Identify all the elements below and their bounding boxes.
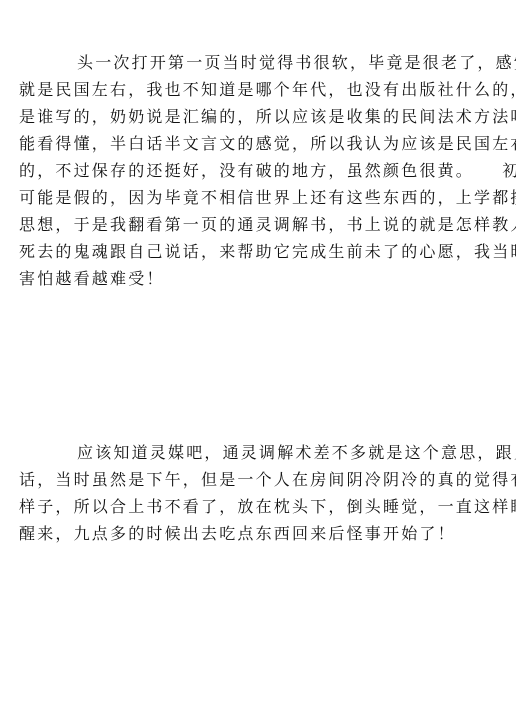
text-line: 可能是假的，因为毕竟不相信世界上还有这些东西的，上学都接收的科学 [19, 184, 485, 211]
paragraph-1: 头一次打开第一页当时觉得书很软，毕竟是很老了，感觉应该也 就是民国左右，我也不知… [19, 49, 485, 292]
text-line: 死去的鬼魂跟自己说话，来帮助它完成生前未了的心愿，我当时是越看越 [19, 238, 485, 265]
text-line: 就是民国左右，我也不知道是哪个年代，也没有出版社什么的，也没注明 [19, 76, 485, 103]
text-line: 思想，于是我翻看第一页的通灵调解书，书上说的就是怎样教人通灵，让 [19, 211, 485, 238]
text-line: 样子，所以合上书不看了，放在枕头下，倒头睡觉，一直这样睡到晚上才 [19, 493, 485, 520]
text-line: 的，不过保存的还挺好，没有破的地方，虽然颜色很黄。 初拿书觉得 [19, 157, 485, 184]
text-line: 醒来，九点多的时候出去吃点东西回来后怪事开始了！ [19, 520, 485, 547]
text-line: 是谁写的，奶奶说是汇编的，所以应该是收集的民间法术方法吧，反正也 [19, 103, 485, 130]
paragraph-2: 应该知道灵媒吧，通灵调解术差不多就是这个意思，跟鬼魂说 话，当时虽然是下午，但是… [19, 439, 485, 547]
text-line: 应该知道灵媒吧，通灵调解术差不多就是这个意思，跟鬼魂说 [19, 439, 485, 466]
text-line: 话，当时虽然是下午，但是一个人在房间阴冷阴冷的真的觉得有点吓人的 [19, 466, 485, 493]
text-line: 能看得懂，半白话半文言文的感觉，所以我认为应该是民国左右写出来 [19, 130, 485, 157]
text-line: 害怕越看越难受！ [19, 265, 485, 292]
text-line: 头一次打开第一页当时觉得书很软，毕竟是很老了，感觉应该也 [19, 49, 485, 76]
